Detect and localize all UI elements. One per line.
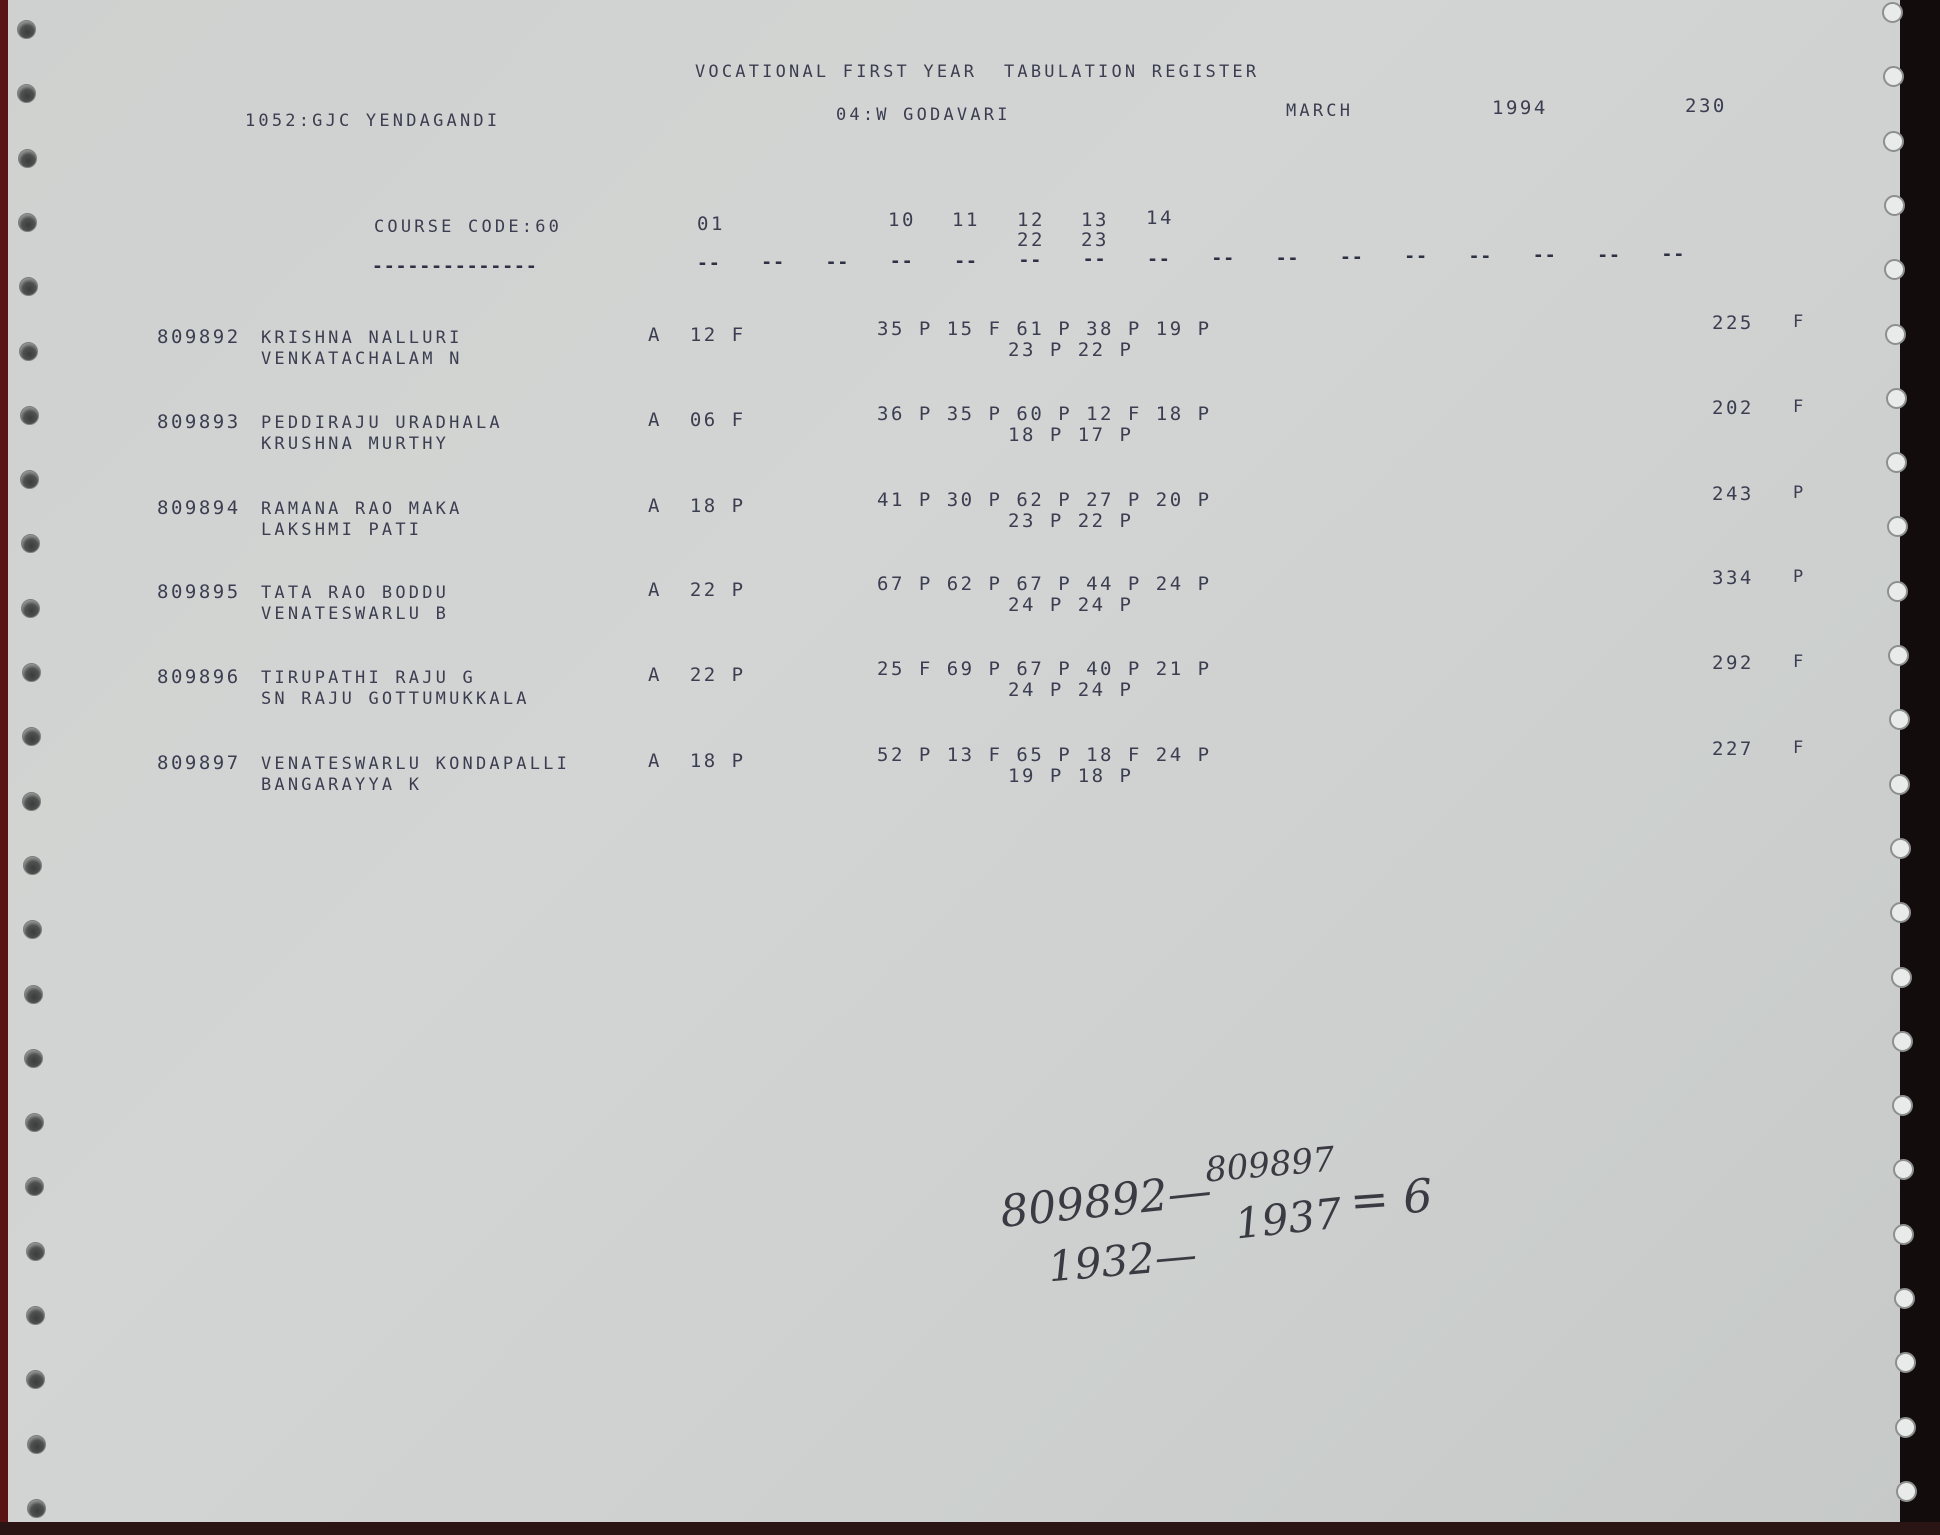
column-dash: -- <box>1597 247 1621 265</box>
college-code-name: 1052:GJC YENDAGANDI <box>245 113 500 130</box>
column-dash: -- <box>1276 250 1300 268</box>
feed-hole-icon <box>27 1435 46 1454</box>
hall-ticket-number: 809895 <box>157 583 241 602</box>
column-header-01: 01 <box>697 215 725 234</box>
subject-marks-line1: 67 P 62 P 67 P 44 P 24 P <box>877 575 1212 594</box>
feed-hole-icon <box>21 599 40 618</box>
feed-hole-icon <box>19 277 38 296</box>
page-number: 230 <box>1685 97 1727 116</box>
column-dash: -- <box>1083 251 1107 269</box>
feed-hole-icon <box>1889 774 1910 795</box>
total-marks: 334 <box>1712 569 1754 588</box>
part1-marks: A 22 P <box>648 581 746 600</box>
total-marks: 225 <box>1712 314 1754 333</box>
subject-marks-line1: 25 F 69 P 67 P 40 P 21 P <box>877 660 1212 679</box>
feed-hole-icon <box>1888 645 1909 666</box>
subject-marks-line1: 41 P 30 P 62 P 27 P 20 P <box>877 491 1212 510</box>
student-name: VENATESWARLU KONDAPALLI <box>261 756 570 773</box>
subject-marks-line2: 24 P 24 P <box>1008 596 1133 615</box>
column-dash: -- <box>1340 249 1364 267</box>
total-marks: 243 <box>1712 485 1754 504</box>
column-header-23: 23 <box>1081 231 1109 250</box>
column-dash: -- <box>761 254 785 272</box>
feed-hole-icon <box>17 20 36 39</box>
column-dash: -- <box>1533 247 1557 265</box>
feed-hole-icon <box>25 1113 44 1132</box>
feed-hole-icon <box>1890 838 1911 859</box>
column-dash: -- <box>1147 251 1171 269</box>
result-status: F <box>1793 654 1806 671</box>
feed-hole-icon <box>24 1049 43 1068</box>
handwritten-count: = 6 <box>1348 1172 1433 1224</box>
exam-year: 1994 <box>1492 99 1548 118</box>
feed-hole-icon <box>20 406 39 425</box>
feed-hole-icon <box>1886 388 1907 409</box>
total-marks: 292 <box>1712 654 1754 673</box>
subject-marks-line1: 52 P 13 F 65 P 18 F 24 P <box>877 746 1212 765</box>
column-dash: -- <box>697 255 721 273</box>
feed-hole-icon <box>19 342 38 361</box>
column-header-10: 10 <box>888 211 916 230</box>
background-edge-left <box>0 0 8 1535</box>
column-header-22: 22 <box>1017 231 1045 250</box>
hall-ticket-number: 809897 <box>157 754 241 773</box>
feed-hole-icon <box>18 149 37 168</box>
feed-hole-icon <box>1892 1031 1913 1052</box>
subject-marks-line1: 35 P 15 F 61 P 38 P 19 P <box>877 320 1212 339</box>
feed-hole-icon <box>1884 195 1905 216</box>
feed-hole-icon <box>1895 1417 1916 1438</box>
feed-hole-icon <box>1883 131 1904 152</box>
feed-hole-icon <box>1896 1481 1917 1502</box>
subject-marks-line2: 23 P 22 P <box>1008 341 1133 360</box>
feed-hole-icon <box>1882 2 1903 23</box>
subject-marks-line2: 19 P 18 P <box>1008 767 1133 786</box>
column-dash: -- <box>954 253 978 271</box>
register-title: VOCATIONAL FIRST YEAR TABULATION REGISTE… <box>695 64 1259 81</box>
feed-hole-icon <box>1891 967 1912 988</box>
feed-hole-icon <box>26 1242 45 1261</box>
column-header-13: 13 <box>1081 211 1109 230</box>
column-header-11: 11 <box>952 211 980 230</box>
feed-hole-icon <box>1893 1224 1914 1245</box>
background-edge-bottom <box>0 1522 1940 1535</box>
student-name: TIRUPATHI RAJU G <box>261 670 476 687</box>
result-status: F <box>1793 314 1806 331</box>
subject-marks-line2: 18 P 17 P <box>1008 426 1133 445</box>
course-code-underline: -------------- <box>372 258 538 276</box>
feed-hole-icon <box>21 534 40 553</box>
student-name: KRISHNA NALLURI <box>261 330 463 347</box>
part1-marks: A 18 P <box>648 497 746 516</box>
feed-hole-icon <box>24 985 43 1004</box>
feed-hole-icon <box>22 792 41 811</box>
district-name: 04:W GODAVARI <box>836 107 1011 124</box>
parent-name: SN RAJU GOTTUMUKKALA <box>261 691 530 708</box>
result-status: P <box>1793 569 1806 586</box>
column-dash: -- <box>1211 250 1235 268</box>
column-dash: -- <box>1662 246 1686 264</box>
feed-hole-icon <box>22 663 41 682</box>
column-dash: -- <box>826 254 850 272</box>
total-marks: 202 <box>1712 399 1754 418</box>
part1-marks: A 22 P <box>648 666 746 685</box>
student-name: RAMANA RAO MAKA <box>261 501 463 518</box>
subject-marks-line2: 23 P 22 P <box>1008 512 1133 531</box>
feed-hole-icon <box>1894 1288 1915 1309</box>
hall-ticket-number: 809896 <box>157 668 241 687</box>
part1-marks: A 06 F <box>648 411 746 430</box>
column-dash: -- <box>1469 248 1493 266</box>
result-status: F <box>1793 740 1806 757</box>
parent-name: LAKSHMI PATI <box>261 522 422 539</box>
course-code-label: COURSE CODE:60 <box>374 219 562 236</box>
subject-marks-line1: 36 P 35 P 60 P 12 F 18 P <box>877 405 1212 424</box>
part1-marks: A 12 F <box>648 326 746 345</box>
feed-hole-icon <box>1895 1352 1916 1373</box>
result-status: F <box>1793 399 1806 416</box>
hall-ticket-number: 809892 <box>157 328 241 347</box>
feed-hole-icon <box>1887 581 1908 602</box>
subject-marks-line2: 24 P 24 P <box>1008 681 1133 700</box>
feed-hole-icon <box>23 856 42 875</box>
feed-hole-icon <box>1889 709 1910 730</box>
handwritten-start-serial: 1932— <box>1046 1234 1198 1289</box>
student-name: TATA RAO BODDU <box>261 585 449 602</box>
handwritten-end-serial: 1937 <box>1233 1193 1344 1246</box>
column-dash: -- <box>1404 248 1428 266</box>
feed-hole-icon <box>1883 66 1904 87</box>
feed-hole-icon <box>26 1306 45 1325</box>
part1-marks: A 18 P <box>648 752 746 771</box>
column-dash: -- <box>890 253 914 271</box>
exam-month: MARCH <box>1286 103 1353 120</box>
parent-name: VENATESWARLU B <box>261 606 449 623</box>
total-marks: 227 <box>1712 740 1754 759</box>
feed-hole-icon <box>1885 324 1906 345</box>
hall-ticket-number: 809894 <box>157 499 241 518</box>
column-header-12: 12 <box>1017 211 1045 230</box>
parent-name: VENKATACHALAM N <box>261 351 463 368</box>
column-header-14: 14 <box>1146 209 1174 228</box>
hall-ticket-number: 809893 <box>157 413 241 432</box>
handwritten-end-ticket: 809897 <box>1204 1142 1336 1187</box>
result-status: P <box>1793 485 1806 502</box>
student-name: PEDDIRAJU URADHALA <box>261 415 503 432</box>
parent-name: KRUSHNA MURTHY <box>261 436 449 453</box>
parent-name: BANGARAYYA K <box>261 777 422 794</box>
column-dash: -- <box>1019 252 1043 270</box>
